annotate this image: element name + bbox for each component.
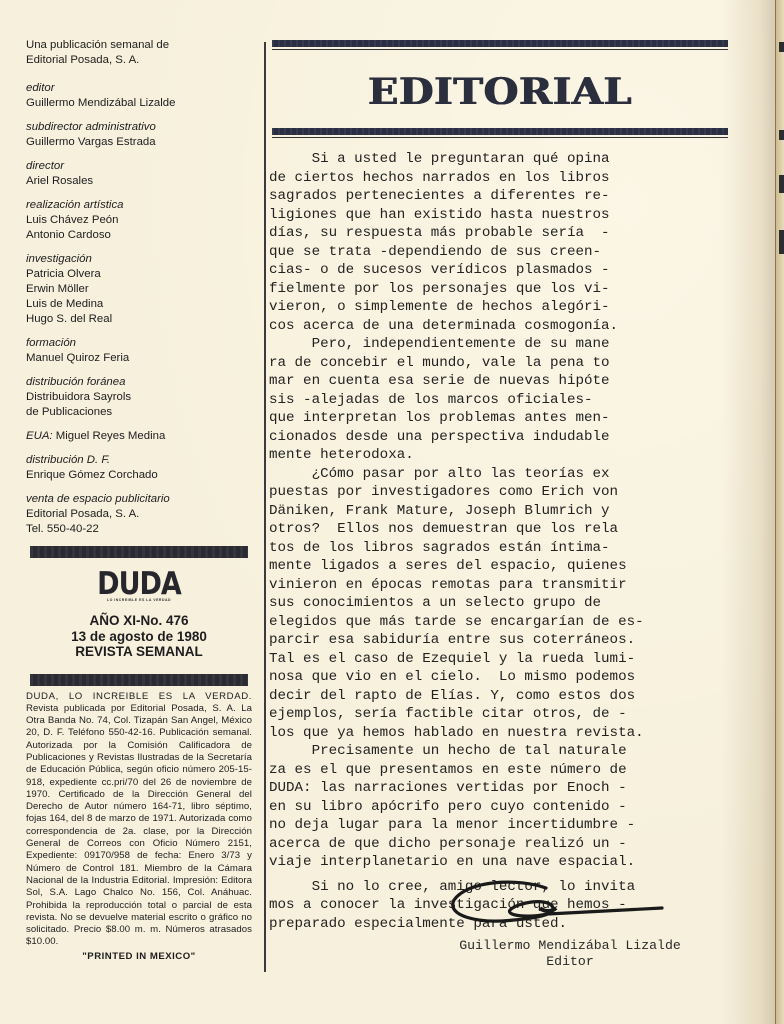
editorial-line: ¿Cómo pasar por alto las teorías ex [269, 465, 729, 484]
credit-block: venta de espacio publicitarioEditorial P… [26, 492, 252, 537]
editorial-line: acerca de que dicho personaje realizó un… [269, 835, 729, 854]
editorial-line: puestas por investigadores como Erich vo… [269, 483, 729, 502]
credit-block: distribución foráneaDistribuidora Sayrol… [26, 375, 252, 420]
signature-block: Guillermo Mendizábal Lizalde Editor [420, 938, 720, 970]
magazine-logo: DUDA LO INCREIBLE ES LA VERDAD [26, 572, 252, 603]
credit-name: Antonio Cardoso [26, 228, 252, 243]
credit-role: director [26, 159, 252, 174]
editorial-line: mente ligados a seres del espacio, quien… [269, 557, 729, 576]
title-rule-top [272, 40, 728, 50]
credit-name: Patricia Olvera [26, 267, 252, 282]
intro-line: Editorial Posada, S. A. [26, 53, 252, 68]
editorial-line: viaje interplanetario en una nave espaci… [269, 853, 729, 872]
legal-heading: DUDA, LO INCREIBLE ES LA VERDAD. [26, 691, 252, 702]
credit-name: Miguel Reyes Medina [56, 430, 166, 442]
editorial-line: DUDA: las narraciones vertidas por Enoch… [269, 779, 729, 798]
masthead-column: Una publicación semanal de Editorial Pos… [26, 38, 252, 964]
credit-block: formaciónManuel Quiroz Feria [26, 336, 252, 366]
editorial-line: los que ya hemos hablado en nuestra revi… [269, 724, 729, 743]
publisher-intro: Una publicación semanal de Editorial Pos… [26, 38, 252, 68]
column-divider [264, 42, 266, 972]
printed-in-mexico: "PRINTED IN MEXICO" [26, 949, 252, 964]
editorial-line: de ciertos hechos narrados en los libros [269, 169, 729, 188]
editorial-line: elegidos que más tarde se encargarían de… [269, 613, 729, 632]
editorial-line: ejemplos, sería factible citar otros, de… [269, 705, 729, 724]
editorial-line: nosa que vio en el cielo. Lo mismo podem… [269, 668, 729, 687]
editorial-line: Precisamente un hecho de tal naturale [269, 742, 729, 761]
editorial-line: sis -alejadas de los marcos oficiales- [269, 391, 729, 410]
issue-info: AÑO XI-No. 476 13 de agosto de 1980 REVI… [26, 613, 252, 660]
legal-notice: DUDA, LO INCREIBLE ES LA VERDAD. Revista… [26, 691, 252, 949]
credit-role: realización artística [26, 198, 252, 213]
legal-text: Revista publicada por Editorial Posada, … [26, 703, 252, 948]
editorial-line: otros? Ellos nos demuestran que los rela [269, 520, 729, 539]
editorial-line: cias- o de sucesos verídicos plasmados - [269, 261, 729, 280]
credit-role: subdirector administrativo [26, 120, 252, 135]
editorial-line: sagrados pertenecientes a diferentes re- [269, 187, 729, 206]
editorial-line: ligiones que han existido hasta nuestros [269, 206, 729, 225]
credit-role: formación [26, 336, 252, 351]
credit-name: Hugo S. del Real [26, 312, 252, 327]
editorial-line: ra de concebir el mundo, vale la pena to [269, 354, 729, 373]
credit-role: distribución D. F. [26, 453, 252, 468]
editorial-line: que interpretan los problemas antes men- [269, 409, 729, 428]
credit-name: Ariel Rosales [26, 174, 252, 189]
intro-line: Una publicación semanal de [26, 38, 252, 53]
credit-block: realización artísticaLuis Chávez PeónAnt… [26, 198, 252, 243]
credit-block: EUA: Miguel Reyes Medina [26, 429, 252, 444]
editorial-line: tos de los libros sagrados están íntima- [269, 539, 729, 558]
issue-number: AÑO XI-No. 476 [26, 613, 252, 629]
edge-mark [779, 130, 784, 140]
credit-name: Luis Chávez Peón [26, 213, 252, 228]
rule-thick [272, 128, 728, 135]
editorial-line: Si a usted le preguntaran qué opina [269, 150, 729, 169]
editorial-line: za es el que presentamos en este número … [269, 761, 729, 780]
editorial-line: mar en cuenta esa serie de nuevas hipóte [269, 372, 729, 391]
divider-bar [30, 546, 248, 558]
editorial-line: mente heterodoxa. [269, 446, 729, 465]
credit-name: Manuel Quiroz Feria [26, 351, 252, 366]
credit-name: Enrique Gómez Corchado [26, 468, 252, 483]
divider-bar [30, 674, 248, 686]
credit-role: distribución foránea [26, 375, 252, 390]
editorial-line: cionados desde una perspectiva indudable [269, 428, 729, 447]
editorial-line: vinieron en épocas remotas para transmit… [269, 576, 729, 595]
rule-thick [272, 40, 728, 47]
editorial-line: Däniken, Frank Mature, Joseph Blumrich y [269, 502, 729, 521]
editorial-line: sus conocimientos a un selecto grupo de [269, 594, 729, 613]
credit-name: Tel. 550-40-22 [26, 522, 252, 537]
credit-role: venta de espacio publicitario [26, 492, 252, 507]
editorial-line: Tal es el caso de Ezequiel y la rueda lu… [269, 650, 729, 669]
credit-block: distribución D. F.Enrique Gómez Corchado [26, 453, 252, 483]
editorial-body: Si a usted le preguntaran qué opinade ci… [269, 150, 729, 933]
credit-block: editorGuillermo Mendizábal Lizalde [26, 81, 252, 111]
editorial-line: cos acerca de una determinada cosmogonía… [269, 317, 729, 336]
editorial-line: en su libro apócrifo pero cuyo contenido… [269, 798, 729, 817]
credit-role: EUA: [26, 430, 53, 442]
rule-thin [272, 49, 728, 50]
editorial-line: no deja lugar para la menor incertidumbr… [269, 816, 729, 835]
editorial-line: vieron, o simplemente de hechos alegóri- [269, 298, 729, 317]
adjacent-page-edge [775, 0, 784, 1024]
credit-name: de Publicaciones [26, 405, 252, 420]
logo-wordmark: DUDA [97, 570, 181, 600]
edge-mark [779, 230, 784, 254]
credit-name: Guillermo Mendizábal Lizalde [26, 96, 252, 111]
rule-thin [272, 137, 728, 138]
edge-mark [779, 175, 784, 193]
editorial-line: días, su respuesta más probable sería - [269, 224, 729, 243]
credit-block: investigaciónPatricia OlveraErwin Möller… [26, 252, 252, 327]
credit-name: Luis de Medina [26, 297, 252, 312]
credits-list: editorGuillermo Mendizábal Lizaldesubdir… [26, 81, 252, 537]
editorial-line: que se trata -dependiendo de sus creen- [269, 243, 729, 262]
issue-frequency: REVISTA SEMANAL [26, 644, 252, 660]
credit-name: Erwin Möller [26, 282, 252, 297]
credit-block: subdirector administrativoGuillermo Varg… [26, 120, 252, 150]
credit-block: directorAriel Rosales [26, 159, 252, 189]
credit-role: investigación [26, 252, 252, 267]
editor-name: Guillermo Mendizábal Lizalde [420, 938, 720, 954]
editorial-line: fielmente por los personajes que los vi- [269, 280, 729, 299]
signature-icon [448, 878, 668, 938]
editorial-line: parcir esa sabiduría entre sus coterráne… [269, 631, 729, 650]
editor-title: Editor [420, 954, 720, 970]
credit-role: editor [26, 81, 252, 96]
credit-name: Guillermo Vargas Estrada [26, 135, 252, 150]
credit-name: Distribuidora Sayrols [26, 390, 252, 405]
title-rule-bottom [272, 128, 728, 138]
issue-date: 13 de agosto de 1980 [26, 629, 252, 645]
editorial-line: decir del rapto de Elías. Y, como estos … [269, 687, 729, 706]
editorial-line: Pero, independientemente de su mane [269, 335, 729, 354]
editorial-title: EDITORIAL [272, 68, 728, 116]
edge-mark [779, 42, 784, 52]
credit-name: Editorial Posada, S. A. [26, 507, 252, 522]
